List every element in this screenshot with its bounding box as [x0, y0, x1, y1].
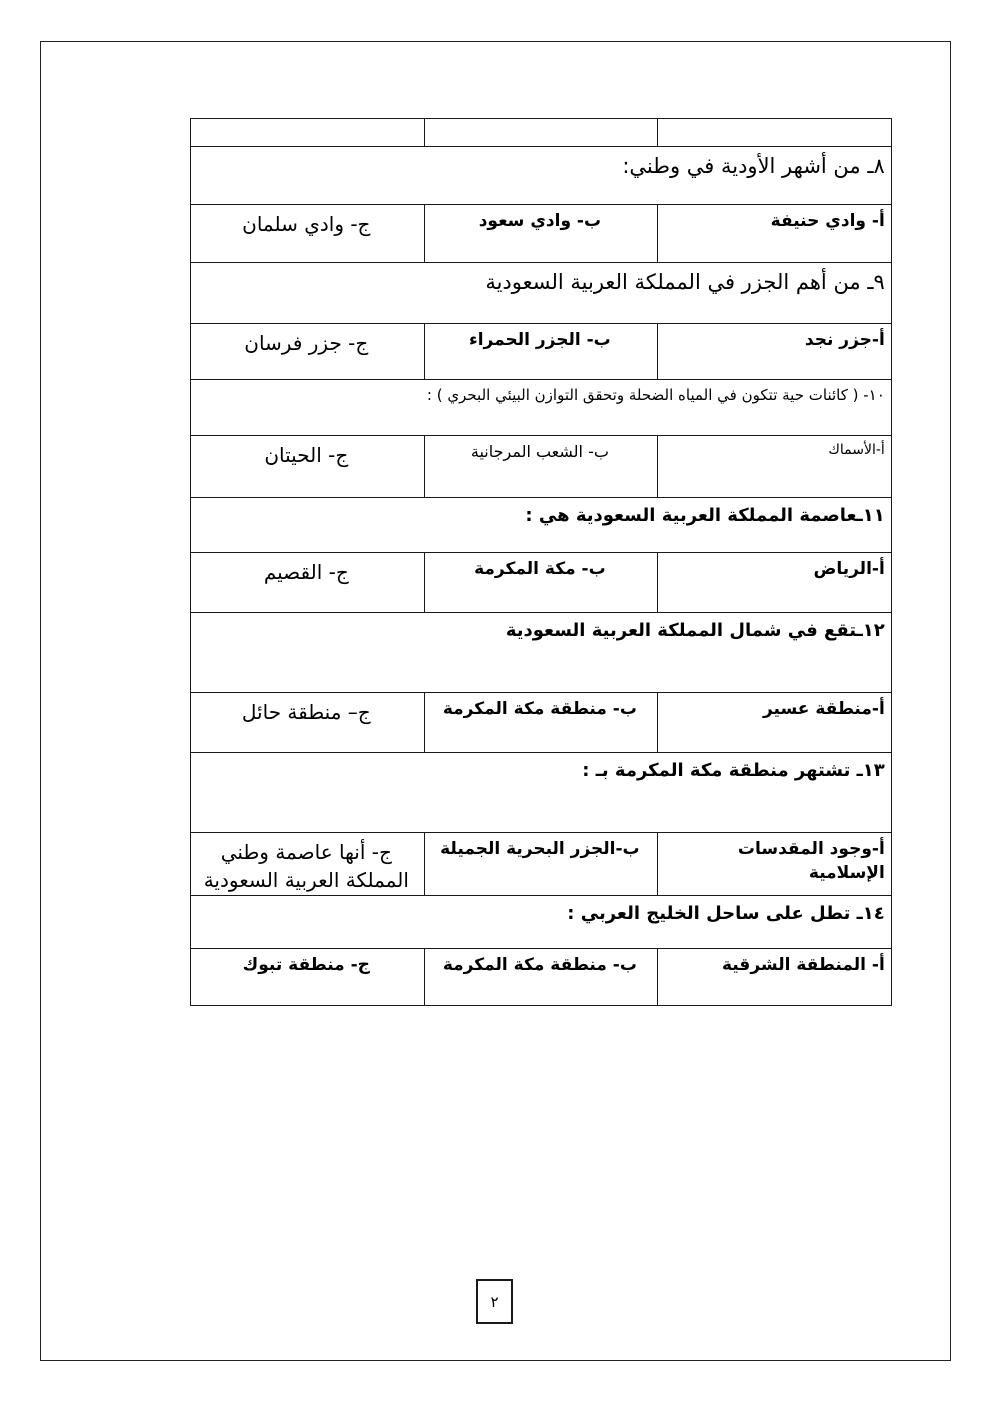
page-number: ٢	[490, 1293, 498, 1311]
question-row-9: ٩ـ من أهم الجزر في المملكة العربية السعو…	[191, 263, 892, 324]
option-9-c: ج- جزر فرسان	[191, 324, 425, 380]
option-14-c: ج- منطقة تبوك	[191, 949, 425, 1006]
option-9-b: ب- الجزر الحمراء	[424, 324, 658, 380]
question-text-14: ١٤ـ تطل على ساحل الخليج العربي :	[191, 896, 892, 949]
options-row-14: أ- المنطقة الشرقية ب- منطقة مكة المكرمة …	[191, 949, 892, 1006]
option-14-b: ب- منطقة مكة المكرمة	[424, 949, 658, 1006]
question-row-8: ٨ـ من أشهر الأودية في وطني:	[191, 147, 892, 205]
header-cell	[424, 119, 658, 147]
question-text-9: ٩ـ من أهم الجزر في المملكة العربية السعو…	[191, 263, 892, 324]
option-13-c: ج- أنها عاصمة وطني المملكة العربية السعو…	[191, 833, 425, 896]
option-10-b: ب- الشعب المرجانية	[424, 436, 658, 498]
option-8-a: أ- وادي حنيفة	[658, 205, 892, 263]
question-text-11: ١١ـعاصمة المملكة العربية السعودية هي :	[191, 498, 892, 553]
option-11-b: ب- مكة المكرمة	[424, 553, 658, 613]
option-8-c: ج- وادي سلمان	[191, 205, 425, 263]
option-10-c: ج- الحيتان	[191, 436, 425, 498]
question-row-13: ١٣ـ تشتهر منطقة مكة المكرمة بـ :	[191, 753, 892, 833]
option-12-c: ج– منطقة حائل	[191, 693, 425, 753]
question-row-12: ١٢ـتقع في شمال المملكة العربية السعودية	[191, 613, 892, 693]
document-page: ٨ـ من أشهر الأودية في وطني: أ- وادي حنيف…	[0, 0, 992, 1403]
option-13-a: أ-وجود المقدسات الإسلامية	[658, 833, 892, 896]
header-cell	[658, 119, 892, 147]
question-text-13: ١٣ـ تشتهر منطقة مكة المكرمة بـ :	[191, 753, 892, 833]
page-number-box: ٢	[476, 1279, 513, 1324]
question-row-10: ١٠- ( كائنات حية تتكون في المياه الضحلة …	[191, 380, 892, 436]
question-text-8: ٨ـ من أشهر الأودية في وطني:	[191, 147, 892, 205]
option-9-a: أ-جزر نجد	[658, 324, 892, 380]
option-12-b: ب- منطقة مكة المكرمة	[424, 693, 658, 753]
options-row-8: أ- وادي حنيفة ب- وادي سعود ج- وادي سلمان	[191, 205, 892, 263]
question-text-12: ١٢ـتقع في شمال المملكة العربية السعودية	[191, 613, 892, 693]
option-10-a: أ-الأسماك	[658, 436, 892, 498]
options-row-13: أ-وجود المقدسات الإسلامية ب-الجزر البحري…	[191, 833, 892, 896]
question-row-11: ١١ـعاصمة المملكة العربية السعودية هي :	[191, 498, 892, 553]
header-cell	[191, 119, 425, 147]
options-row-12: أ-منطقة عسير ب- منطقة مكة المكرمة ج– منط…	[191, 693, 892, 753]
option-11-a: أ-الرياض	[658, 553, 892, 613]
options-row-9: أ-جزر نجد ب- الجزر الحمراء ج- جزر فرسان	[191, 324, 892, 380]
question-text-10: ١٠- ( كائنات حية تتكون في المياه الضحلة …	[191, 380, 892, 436]
option-14-a: أ- المنطقة الشرقية	[658, 949, 892, 1006]
header-row	[191, 119, 892, 147]
option-11-c: ج- القصيم	[191, 553, 425, 613]
options-row-10: أ-الأسماك ب- الشعب المرجانية ج- الحيتان	[191, 436, 892, 498]
option-13-b: ب-الجزر البحرية الجميلة	[424, 833, 658, 896]
questions-table: ٨ـ من أشهر الأودية في وطني: أ- وادي حنيف…	[190, 118, 892, 1006]
option-8-b: ب- وادي سعود	[424, 205, 658, 263]
option-12-a: أ-منطقة عسير	[658, 693, 892, 753]
options-row-11: أ-الرياض ب- مكة المكرمة ج- القصيم	[191, 553, 892, 613]
question-row-14: ١٤ـ تطل على ساحل الخليج العربي :	[191, 896, 892, 949]
